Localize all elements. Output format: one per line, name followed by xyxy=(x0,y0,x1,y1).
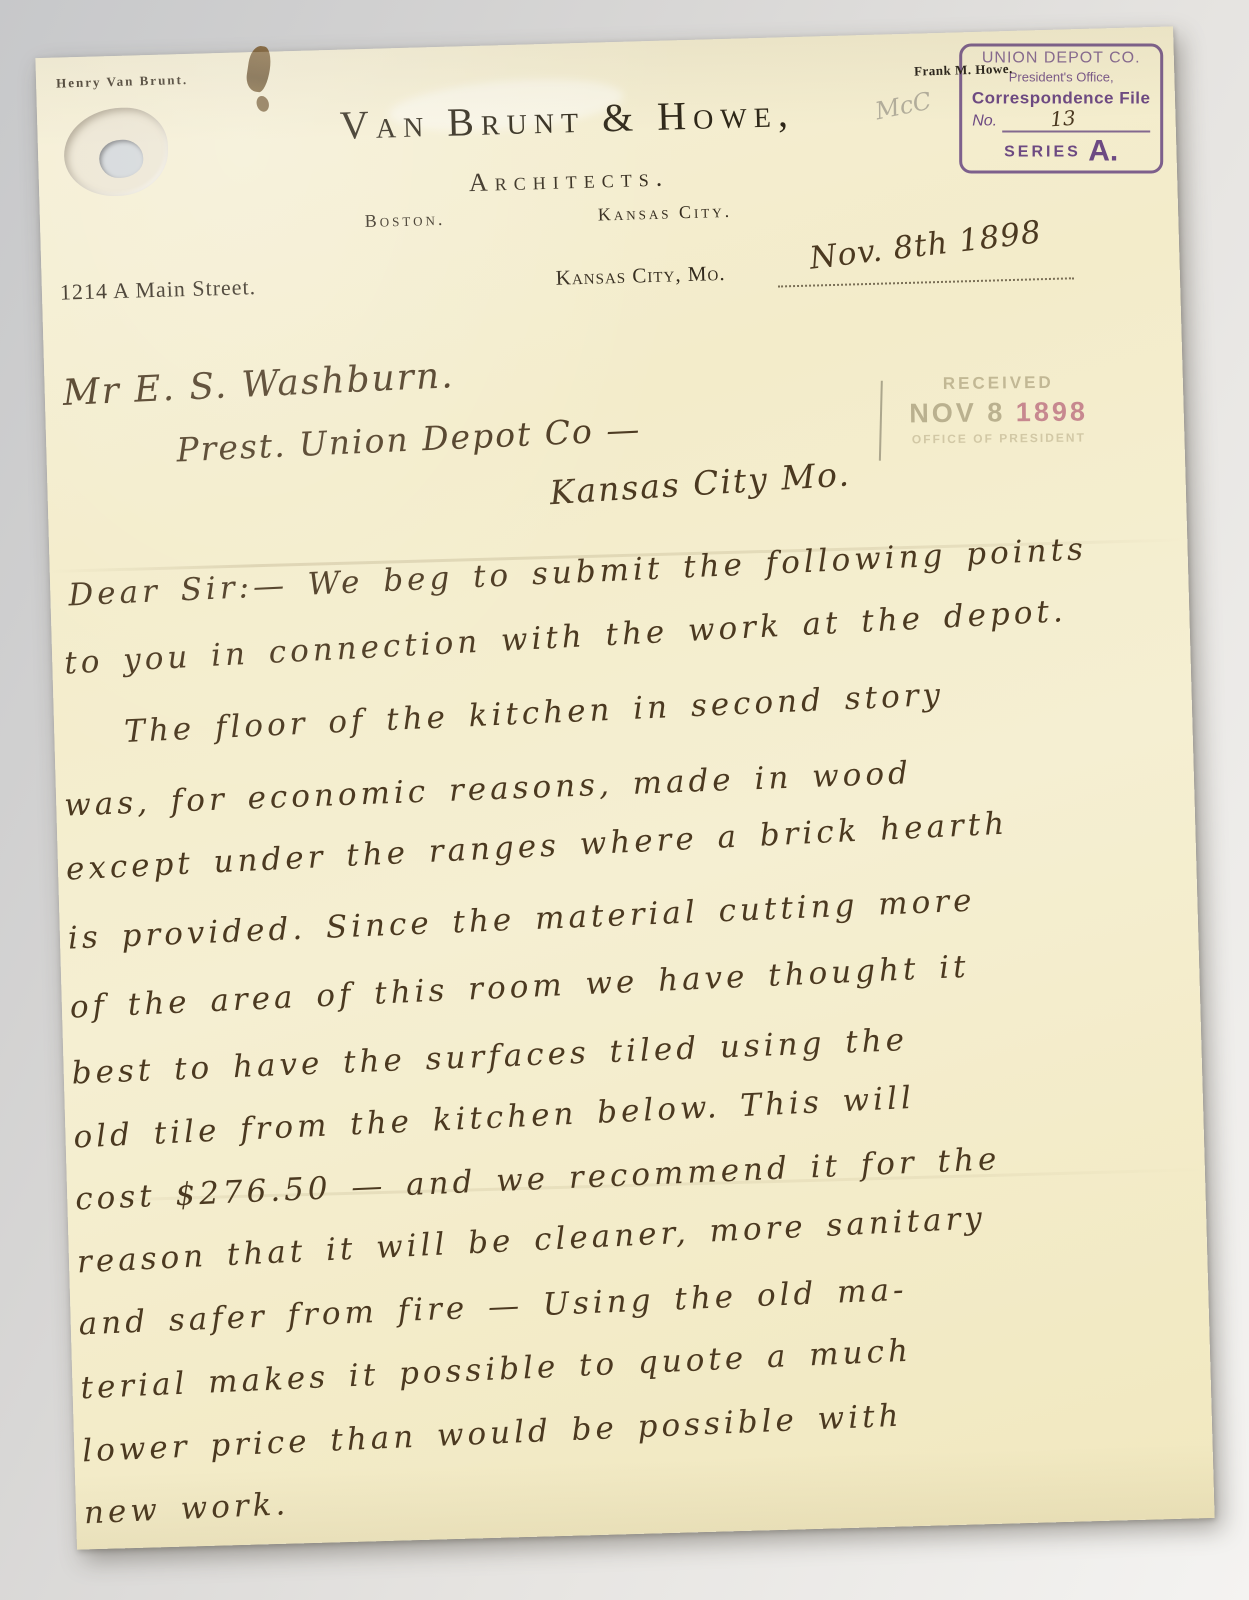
brown-stain xyxy=(245,45,273,94)
body-line: new work. xyxy=(83,1486,290,1531)
received-stamp-year: 1898 xyxy=(1016,396,1088,427)
body-line: and safer from fire — Using the old ma- xyxy=(78,1272,908,1343)
pen-stroke-mark xyxy=(879,381,883,461)
file-stamp-series-label: SERIES xyxy=(1004,144,1081,161)
file-stamp-no-value: 13 xyxy=(1049,106,1076,132)
file-stamp-file-label: Correspondence File xyxy=(962,89,1160,109)
letterhead-office-boston: Boston. xyxy=(290,207,520,234)
letterhead-profession: Architects. xyxy=(468,163,669,198)
body-line: is provided. Since the material cutting … xyxy=(67,883,976,957)
received-stamp-month-day: NOV 8 xyxy=(909,397,1005,428)
received-stamp-office: OFFICE OF PRESIDENT xyxy=(891,430,1107,446)
file-stamp-no-line xyxy=(1002,115,1150,133)
letterhead-personal-name: Henry Van Brunt. xyxy=(56,72,188,92)
letter-paper: Henry Van Brunt. Van Brunt & Howe, Archi… xyxy=(35,26,1214,1549)
received-stamp-date: NOV 8 1898 xyxy=(890,396,1106,429)
received-stamp-title: RECEIVED xyxy=(890,372,1106,394)
body-line: best to have the surfaces tiled using th… xyxy=(71,1022,909,1092)
body-line: terial makes it possible to quote a much xyxy=(80,1333,913,1407)
file-stamp-no-label: No. xyxy=(972,113,997,131)
body-line: of the area of this room we have thought… xyxy=(69,949,970,1026)
body-line: The floor of the kitchen in second story xyxy=(123,677,944,750)
recipient-name: Mr E. S. Washburn. xyxy=(62,355,455,414)
recipient-title: Prest. Union Depot Co — xyxy=(176,409,643,469)
file-stamp-series-value: A. xyxy=(1088,135,1118,168)
file-stamp-series: SERIES A. xyxy=(962,135,1160,169)
letterhead-office-kansas-city: Kansas City. xyxy=(540,199,790,227)
recipient-city: Kansas City Mo. xyxy=(549,454,852,512)
body-line: old tile from the kitchen below. This wi… xyxy=(73,1080,916,1156)
body-line: reason that it will be cleaner, more san… xyxy=(76,1200,986,1280)
body-line: lower price than would be possible with xyxy=(82,1398,904,1470)
letterhead-partner-name: Frank M. Howe. xyxy=(914,61,1013,80)
letterhead-street-address: 1214 A Main Street. xyxy=(60,274,257,305)
body-line: was, for economic reasons, made in wood xyxy=(64,755,913,824)
received-stamp: RECEIVED NOV 8 1898 OFFICE OF PRESIDENT xyxy=(890,372,1107,446)
letterhead-city-line: Kansas City, Mo. xyxy=(555,261,725,291)
